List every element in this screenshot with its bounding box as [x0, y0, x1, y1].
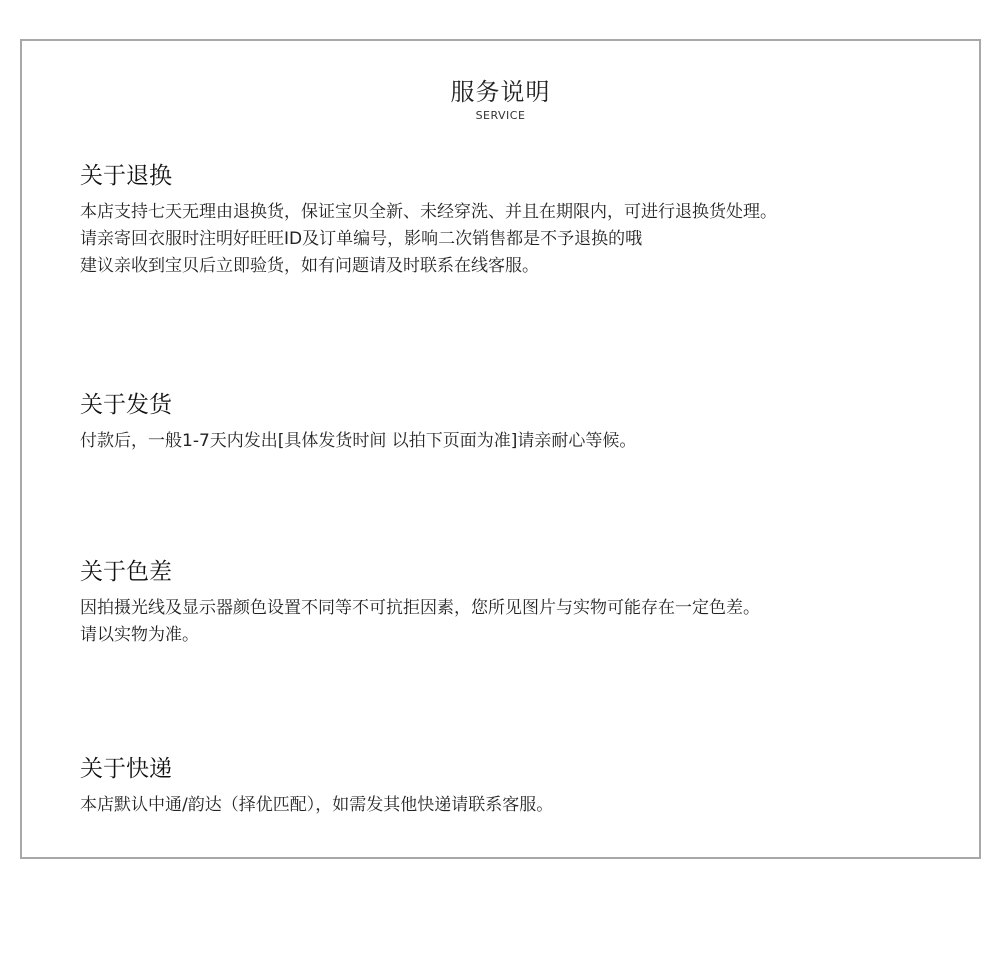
section-body: 因拍摄光线及显示器颜色设置不同等不可抗拒因素，您所见图片与实物可能存在一定色差。…	[80, 595, 959, 649]
section-heading: 关于退换	[80, 161, 959, 191]
section-line: 建议亲收到宝贝后立即验货，如有问题请及时联系在线客服。	[80, 253, 959, 280]
panel-header: 服务说明 SERVICE	[22, 77, 979, 123]
section-line: 本店默认中通/韵达（择优匹配），如需发其他快递请联系客服。	[80, 792, 959, 819]
section-shipping: 关于发货 付款后，一般1-7天内发出[具体发货时间 以拍下页面为准]请亲耐心等候…	[80, 390, 959, 455]
section-line: 请亲寄回衣服时注明好旺旺ID及订单编号，影响二次销售都是不予退换的哦	[80, 226, 959, 253]
section-returns: 关于退换 本店支持七天无理由退换货，保证宝贝全新、未经穿洗、并且在期限内，可进行…	[80, 161, 959, 280]
section-line: 付款后，一般1-7天内发出[具体发货时间 以拍下页面为准]请亲耐心等候。	[80, 428, 959, 455]
section-line: 本店支持七天无理由退换货，保证宝贝全新、未经穿洗、并且在期限内，可进行退换货处理…	[80, 199, 959, 226]
service-info-panel: 服务说明 SERVICE 关于退换 本店支持七天无理由退换货，保证宝贝全新、未经…	[20, 39, 981, 859]
section-line: 请以实物为准。	[80, 622, 959, 649]
section-courier: 关于快递 本店默认中通/韵达（择优匹配），如需发其他快递请联系客服。	[80, 754, 959, 819]
section-body: 本店支持七天无理由退换货，保证宝贝全新、未经穿洗、并且在期限内，可进行退换货处理…	[80, 199, 959, 280]
page-subtitle: SERVICE	[22, 109, 979, 123]
section-heading: 关于发货	[80, 390, 959, 420]
section-heading: 关于色差	[80, 557, 959, 587]
section-heading: 关于快递	[80, 754, 959, 784]
section-color-difference: 关于色差 因拍摄光线及显示器颜色设置不同等不可抗拒因素，您所见图片与实物可能存在…	[80, 557, 959, 649]
section-body: 本店默认中通/韵达（择优匹配），如需发其他快递请联系客服。	[80, 792, 959, 819]
section-line: 因拍摄光线及显示器颜色设置不同等不可抗拒因素，您所见图片与实物可能存在一定色差。	[80, 595, 959, 622]
section-body: 付款后，一般1-7天内发出[具体发货时间 以拍下页面为准]请亲耐心等候。	[80, 428, 959, 455]
page-title: 服务说明	[22, 77, 979, 107]
